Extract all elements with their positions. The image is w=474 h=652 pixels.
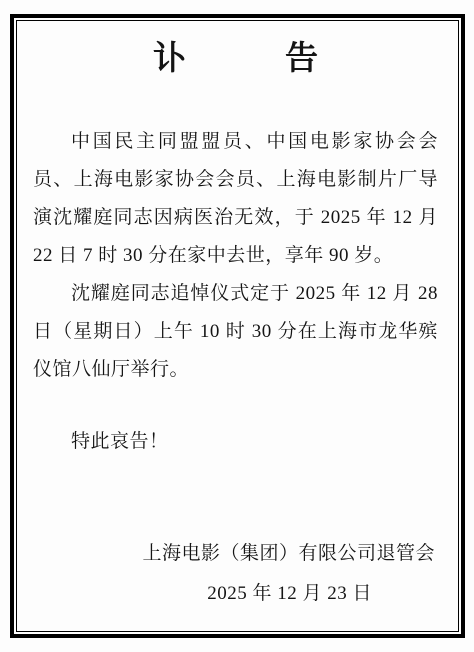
signature-date: 2025 年 12 月 23 日	[33, 575, 438, 613]
notice-body: 中国民主同盟盟员、中国电影家协会会员、上海电影家协会会员、上海电影制片厂导演沈耀…	[33, 123, 438, 461]
inner-border: 讣 告 中国民主同盟盟员、中国电影家协会会员、上海电影家协会会员、上海电影制片厂…	[16, 20, 459, 632]
paragraph-closing: 特此哀告！	[33, 423, 438, 461]
paragraph-memorial-service: 沈耀庭同志追悼仪式定于 2025 年 12 月 28 日（星期日）上午 10 时…	[33, 275, 438, 389]
obituary-notice-page: 讣 告 中国民主同盟盟员、中国电影家协会会员、上海电影家协会会员、上海电影制片厂…	[0, 0, 474, 652]
notice-title: 讣 告	[33, 37, 438, 81]
signature-organization: 上海电影（集团）有限公司退管会	[33, 535, 438, 573]
paragraph-death-announcement: 中国民主同盟盟员、中国电影家协会会员、上海电影家协会会员、上海电影制片厂导演沈耀…	[33, 123, 438, 275]
double-border-frame: 讣 告 中国民主同盟盟员、中国电影家协会会员、上海电影家协会会员、上海电影制片厂…	[10, 14, 465, 638]
